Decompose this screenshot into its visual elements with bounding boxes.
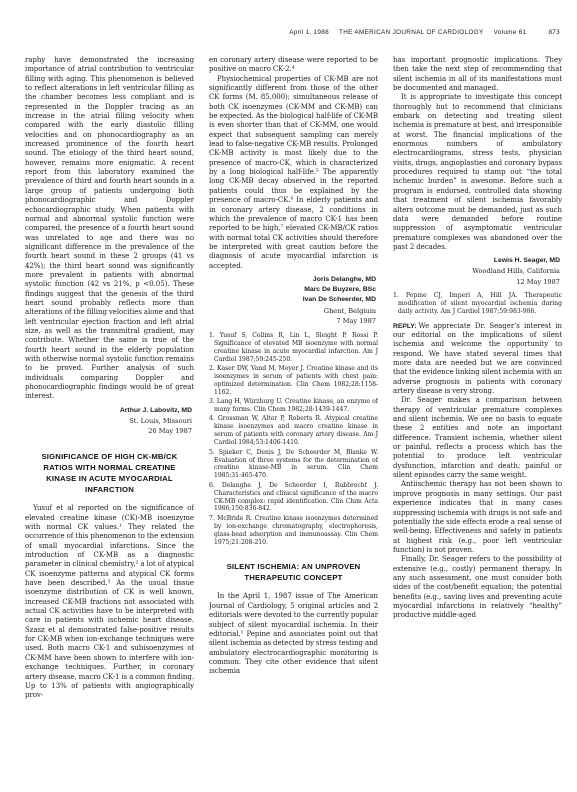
header-date: April 1, 1988 [289, 29, 329, 36]
silent-ischemia-continuation: has important prognostic implications. T… [393, 56, 562, 93]
column-1: raphy have demonstrated the increasing i… [25, 56, 194, 746]
reply-paragraph-2: Dr. Seager makes a comparison between th… [393, 396, 562, 480]
signature-date: 26 May 1987 [25, 426, 192, 436]
reference-item: 1. Yusuf S, Collins R, Lin L, Sleight P,… [209, 332, 378, 364]
signature-seager: Lewis H. Seager, MD Woodland Hills, Cali… [393, 256, 560, 287]
reply-paragraph-1: REPLY:We appreciate Dr. Seager’s interes… [393, 322, 562, 397]
letter-heading-ck-mb-ratios: SIGNIFICANCE OF HIGH CK-MB/CK RATIOS WIT… [28, 451, 191, 495]
signature-name: Arthur J. Labovitz, MD [25, 406, 192, 416]
signature-date: 12 May 1987 [393, 277, 560, 287]
signature-location: Ghent, Belgium [209, 306, 376, 316]
ck-letter-paragraph-2: Physiochemical properties of CK-MB are n… [209, 75, 378, 271]
silent-ischemia-letter-paragraph: In the April 1, 1987 issue of The Americ… [209, 592, 378, 676]
running-head: April 1, 1988 THE AMERICAN JOURNAL OF CA… [0, 29, 560, 36]
three-column-text-area: raphy have demonstrated the increasing i… [25, 56, 562, 746]
reply-text: We appreciate Dr. Seager’s interest in o… [393, 322, 562, 395]
reply-label: REPLY: [393, 323, 417, 330]
column-3: has important prognostic implications. T… [393, 56, 562, 746]
signature-date: 7 May 1987 [209, 316, 376, 326]
signature-labovitz: Arthur J. Labovitz, MD St. Louis, Missou… [25, 406, 192, 437]
reference-item: 3. Lang H, Würzburg U. Creatine kinase, … [209, 398, 378, 414]
reference-item: 2. Kaser DW, Vand M, Meyer J. Creatine k… [209, 365, 378, 397]
signature-name: Marc De Buyzere, BSc [209, 285, 376, 295]
letter-continuation-text: raphy have demonstrated the increasing i… [25, 56, 194, 402]
column-2: en coronary artery disease were reported… [209, 56, 378, 746]
reference-item: 1. Pepine CJ, Imperi A, Hill JA. Therape… [393, 292, 562, 316]
signature-location: Woodland Hills, California [393, 266, 560, 276]
journal-page-scan: April 1, 1988 THE AMERICAN JOURNAL OF CA… [0, 0, 577, 792]
signature-location: St. Louis, Missouri [25, 416, 192, 426]
silent-ischemia-paragraph-2: It is appropriate to investigate this co… [393, 93, 562, 252]
ck-letter-continuation: en coronary artery disease were reported… [209, 56, 378, 75]
reference-item: 4. Grossman W, Alter P, Roberts R. Atypi… [209, 415, 378, 447]
header-journal-title: THE AMERICAN JOURNAL OF CARDIOLOGY [339, 29, 484, 36]
signature-name: Ivan De Scheerder, MD [209, 295, 376, 305]
reply-paragraph-4: Finally, Dr. Seager refers to the possib… [393, 555, 562, 620]
header-volume: Volume 61 [494, 29, 527, 36]
reference-item: 6. Delanghe J, De Scheerder I, Rubbrecht… [209, 482, 378, 514]
letter-heading-silent-ischemia: SILENT ISCHEMIA: AN UNPROVEN THERAPEUTIC… [212, 561, 375, 583]
signature-name: Lewis H. Seager, MD [393, 256, 560, 266]
reply-paragraph-3: Antiischemic therapy has not been shown … [393, 480, 562, 555]
signature-delanghe-group: Joris Delanghe, MD Marc De Buyzere, BSc … [209, 275, 376, 326]
reference-item: 5. Spieker C, Denis J, De Scheerder M, B… [209, 449, 378, 481]
reference-item: 7. McBride R. Creatine kinase isoenzymes… [209, 515, 378, 547]
reference-list: 1. Yusuf S, Collins R, Lin L, Sleight P,… [209, 332, 378, 547]
header-page-number: 873 [548, 29, 560, 36]
signature-name: Joris Delanghe, MD [209, 275, 376, 285]
ck-letter-paragraph: Yusuf et al reported on the significance… [25, 504, 194, 700]
